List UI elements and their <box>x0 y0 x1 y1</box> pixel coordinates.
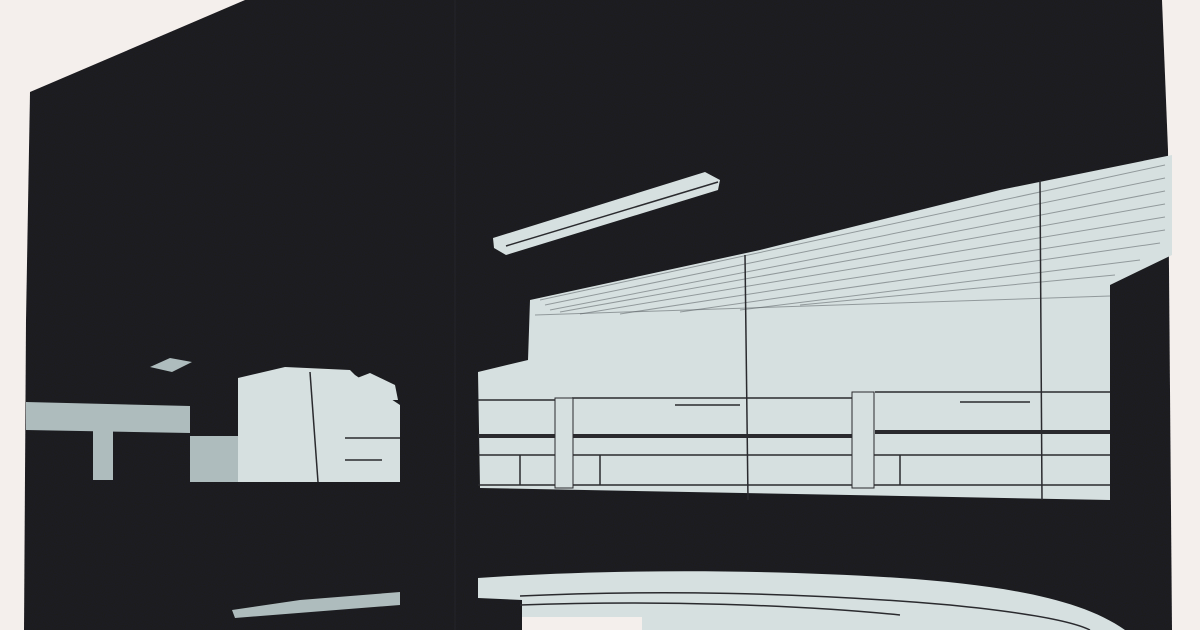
artwork-print <box>0 0 1200 630</box>
